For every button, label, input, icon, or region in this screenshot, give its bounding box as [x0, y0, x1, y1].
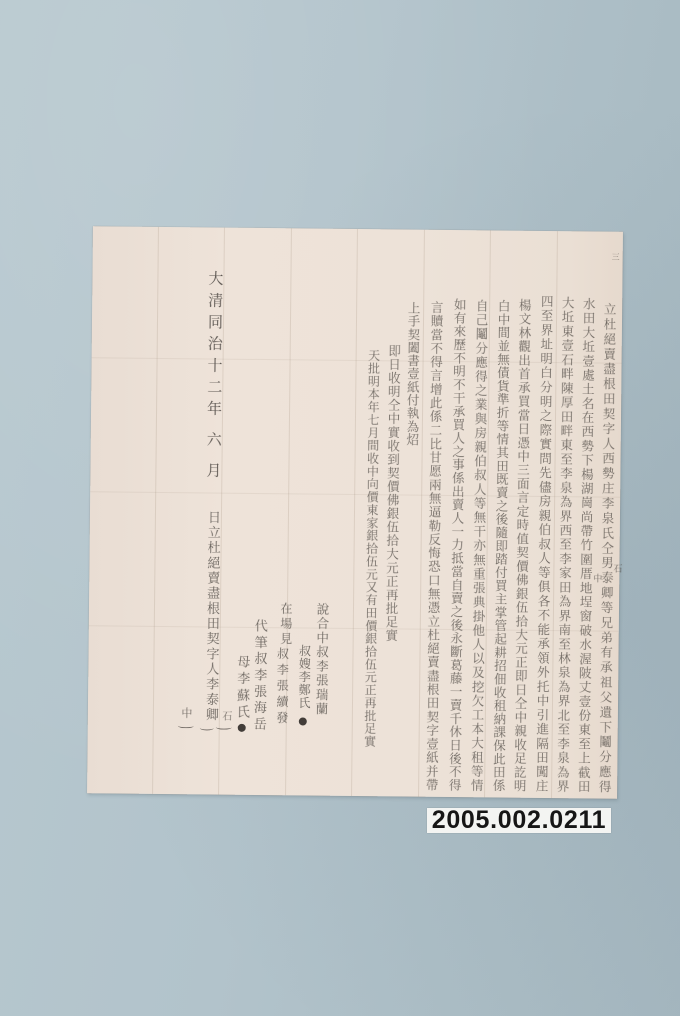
- witness-uncle-signature: 叔李張續發: [273, 647, 292, 723]
- signature-flourish: [216, 725, 232, 730]
- signature-flourish: [178, 723, 194, 728]
- seal-mark: [299, 717, 307, 725]
- mother-signature: 母李蘇氏: [232, 655, 251, 718]
- deed-body-column-6: 白中間並無債貨準折等情其田既賣之後隨即踏付買主掌管起耕招佃收租納課保此田係: [489, 299, 512, 791]
- fold-crease: [351, 229, 358, 796]
- inline-mark-middle: 中: [590, 573, 602, 585]
- deed-body-column-2: 水田大坵壹處土名在西勢下楊湖崗尚帶竹圍厝地埕窗破水渥陂丈壹份東至上截田: [574, 297, 597, 792]
- deed-body-column-1: 立杜絕賣盡根田契字人西勢庄李泉氏仝男泰卿等兄弟有承祖父遺下鬮分應得: [595, 303, 618, 793]
- deed-body-column-9: 言贖當不得言增此係二比甘愿兩無逼勒反悔恐口無憑立杜絕賣盡根田契字壹紙并帶: [422, 301, 445, 791]
- deed-receipt-note: 即日收明仝中實收到契價佛銀伍拾大元正再批足實: [382, 344, 403, 641]
- seller-mark-stone: 石: [219, 711, 231, 723]
- deed-addendum-note: 天批明本年七月間收中向價東家銀拾伍元又有田價銀拾伍元正再批足實: [361, 349, 383, 747]
- deed-date-month: 六月: [202, 431, 224, 477]
- deed-body-column-5: 楊文林觀出首承買當日憑中三面言定時值契價佛銀伍拾大元正即日仝中親收足訖明: [510, 299, 533, 792]
- seal-mark: [238, 724, 246, 732]
- inline-mark-stone: 石: [610, 564, 622, 576]
- scribe-signature: 代筆叔李張海岳: [249, 619, 268, 730]
- deed-body-column-3: 大坵東壹石畔陳厚田畔東至李泉為界西至李家田為界南至林泉為界北至李泉為界: [553, 296, 576, 792]
- seller-mark-middle: 中: [180, 707, 192, 719]
- signature-flourish: [200, 725, 214, 730]
- deed-date-era-year: 大清同治十二年: [203, 270, 227, 415]
- deed-body-column-10: 上手契闔書壹紙付執為炤: [403, 302, 423, 446]
- accession-number-label: 2005.002.0211: [427, 808, 611, 833]
- page-number-mark: 三: [612, 254, 620, 262]
- deed-body-column-7: 自己鬮分應得之業與房親伯叔人等無干亦無重張典掛他人以及挖欠工本大租等情: [467, 299, 490, 791]
- land-deed-document: 三 立杜絕賣盡根田契字人西勢庄李泉氏仝男泰卿等兄弟有承祖父遺下鬮分應得 水田大坵…: [87, 226, 623, 799]
- deed-body-column-8: 如有來歷不明不干承買人之事係出賣人一力抵當自賣之後永斷葛藤一賣千休日後不得: [445, 298, 468, 791]
- middleman-signature: 說合中叔李張瑞蘭: [312, 603, 331, 715]
- witness-aunt-signature: 叔嫂李鄭氏: [295, 644, 314, 708]
- fold-crease: [152, 227, 159, 794]
- seller-signature: 日立杜絕賣盡根田契字人李泰卿: [201, 510, 221, 720]
- photo-scene: 三 立杜絕賣盡根田契字人西勢庄李泉氏仝男泰卿等兄弟有承祖父遺下鬮分應得 水田大坵…: [0, 0, 680, 1016]
- witness-label: 在場見: [277, 602, 295, 644]
